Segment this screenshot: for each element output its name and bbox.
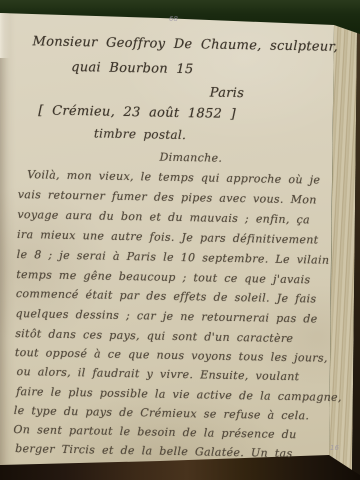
body-line: Voilà, mon vieux, le temps qui approche … [27, 168, 320, 186]
body-line: On sent partout le besoin de la présence… [13, 423, 296, 441]
recipient-line-1: Monsieur Geoffroy De Chaume, sculpteur, [32, 34, 338, 55]
pencil-mark-bottom-right: 16 [330, 444, 339, 452]
letter-photo: Monsieur Geoffroy De Chaume, sculpteur, … [0, 0, 360, 480]
body-line: quelques dessins ; car je ne retournerai… [16, 307, 318, 326]
body-line: faire le plus possible la vie active de … [16, 385, 342, 404]
body-line: le 8 ; je serai à Paris le 10 septembre.… [17, 248, 330, 267]
body-line: le type du pays de Crémieux se refuse à … [14, 404, 310, 422]
body-line: ou alors, il faudrait y vivre. Ensuite, … [16, 365, 299, 383]
handwriting-block: Monsieur Geoffroy De Chaume, sculpteur, … [0, 0, 360, 480]
recipient-line-2: quai Bourbon 15 [71, 60, 194, 77]
pencil-mark-top: 68 [169, 15, 178, 23]
body-line: temps me gêne beaucoup ; tout ce que j'a… [16, 268, 310, 286]
body-line: tout opposé à ce que nous voyons tous le… [15, 346, 328, 365]
body-line: commencé était par des effets de soleil.… [16, 287, 317, 306]
body-line: berger Tircis et de la belle Galatée. Un… [15, 442, 293, 460]
body-line: vais retourner fumer des pipes avec vous… [18, 188, 317, 206]
body-line: sitôt dans ces pays, qui sont d'un carac… [15, 327, 293, 345]
body-line: voyage aura du bon et du mauvais ; enfin… [17, 208, 310, 226]
day-heading: Dimanche. [159, 151, 222, 165]
body-line: ira mieux une autre fois. Je pars défini… [17, 228, 319, 247]
recipient-line-3: Paris [210, 85, 245, 101]
postmark-line: timbre postal. [94, 126, 187, 142]
date-line: [ Crémieu, 23 août 1852 ] [38, 103, 236, 122]
